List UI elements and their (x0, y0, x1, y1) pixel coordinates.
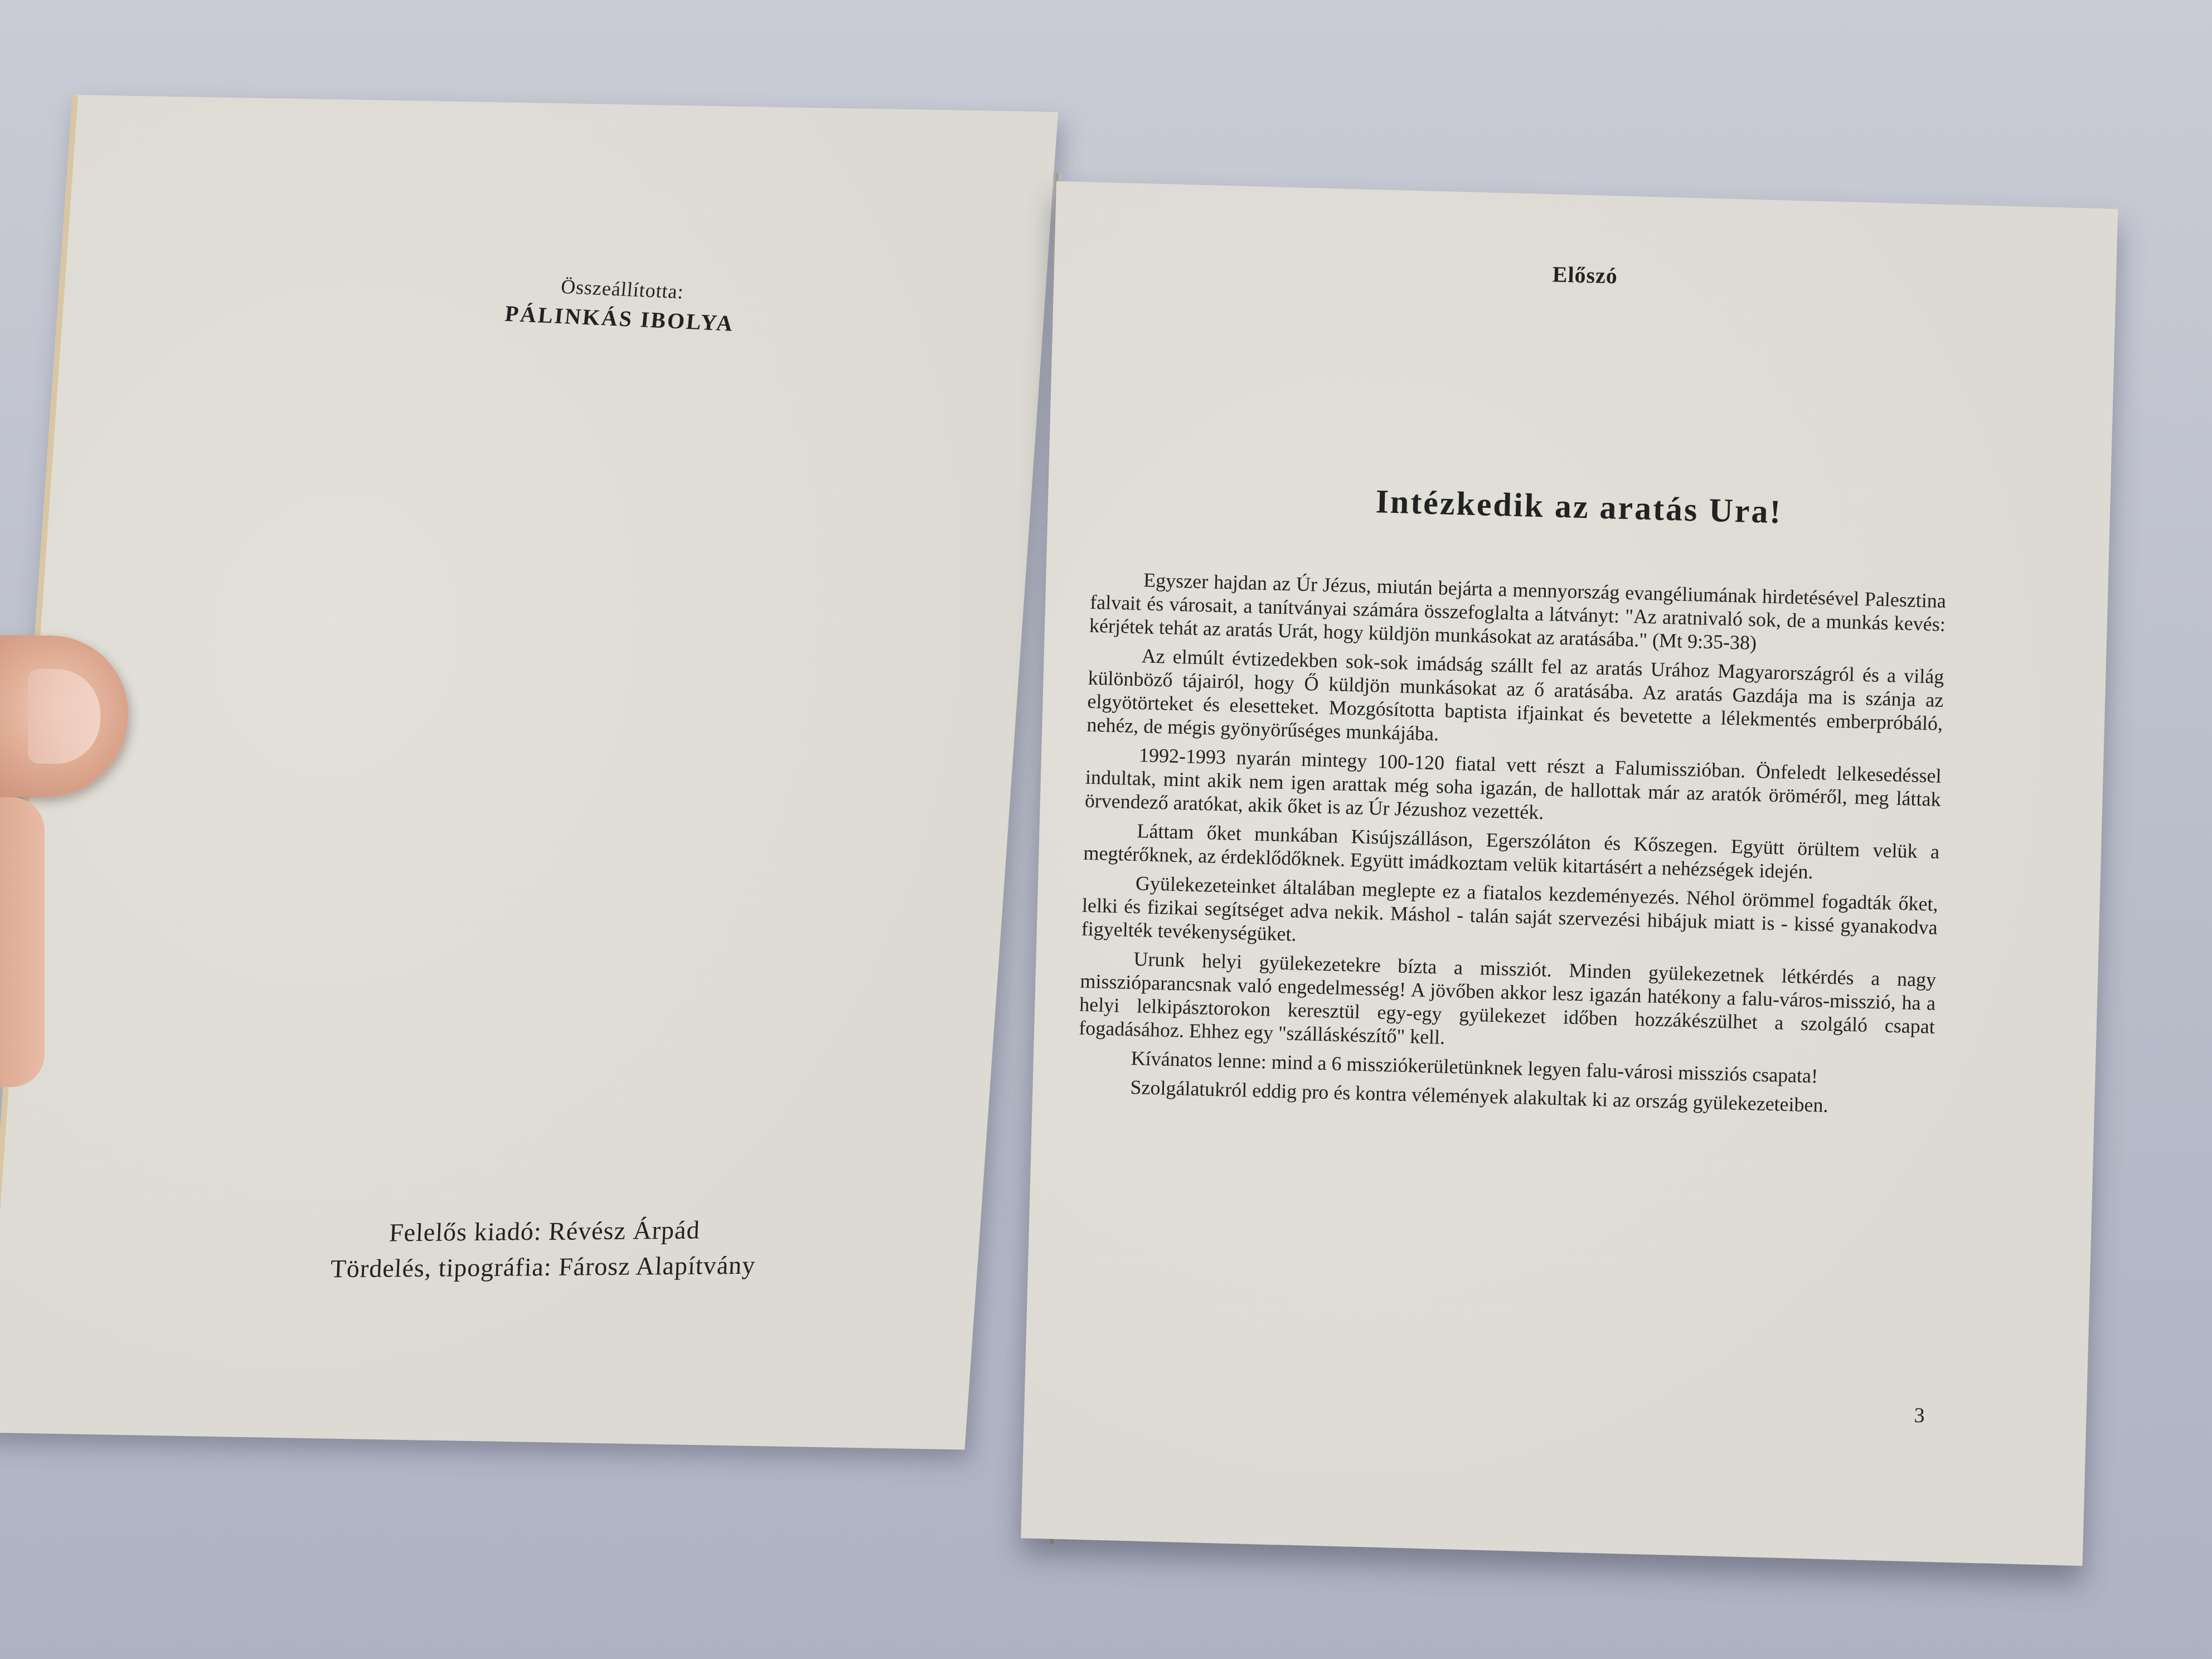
left-page: Összeállította: PÁLINKÁS IBOLYA Felelős … (0, 95, 1058, 1450)
paragraph: Az elmúlt évtizedekben sok-sok imádság s… (1086, 643, 1944, 759)
holding-hand (0, 797, 45, 1087)
open-booklet: Összeállította: PÁLINKÁS IBOLYA Felelős … (0, 0, 2212, 1659)
compiler-block: Összeállította: PÁLINKÁS IBOLYA (424, 269, 818, 339)
paragraph: Urunk helyi gyülekezetekre bízta a missz… (1079, 946, 1937, 1062)
page-number: 3 (1914, 1403, 1925, 1428)
article-body: Egyszer hajdan az Úr Jézus, miután bejár… (1077, 567, 1947, 1126)
publisher-credit: Felelős kiadó: Révész Árpád (237, 1211, 852, 1252)
credits-block: Felelős kiadó: Révész Árpád Tördelés, ti… (235, 1211, 852, 1288)
right-page: Előszó Intézkedik az aratás Ura! Egyszer… (1021, 181, 2118, 1566)
article-title: Intézkedik az aratás Ura! (1047, 474, 2110, 540)
section-title: Előszó (1054, 248, 2117, 302)
typography-credit: Tördelés, tipográfia: Fárosz Alapítvány (235, 1246, 850, 1288)
thumbnail-nail (28, 669, 100, 764)
